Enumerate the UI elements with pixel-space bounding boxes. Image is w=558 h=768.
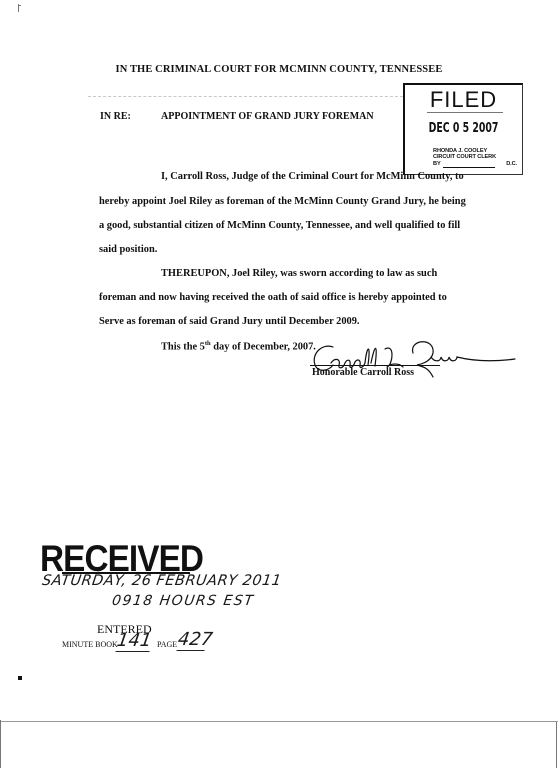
filed-dc-label: D.C. (506, 161, 517, 167)
paragraph-1-line-4: said position. (99, 244, 157, 255)
page-value: 427 (176, 629, 207, 651)
paragraph-1-line-3: a good, substantial citizen of McMinn Co… (99, 220, 460, 231)
in-re-subject: APPOINTMENT OF GRAND JURY FOREMAN (161, 111, 374, 122)
signature-line (310, 365, 440, 366)
court-title: IN THE CRIMINAL COURT FOR MCMINN COUNTY,… (0, 64, 558, 75)
filed-stamp-underline (427, 112, 503, 113)
signature-printed-name: Honorable Carroll Ross (312, 367, 414, 378)
received-handwritten-date: SATURDAY, 26 FEBRUARY 2011 (41, 573, 283, 589)
filed-by-signature-line (443, 167, 495, 168)
page-edge-right (556, 722, 557, 768)
date-line-suffix: day of December, 2007. (211, 341, 316, 352)
paragraph-1-line-2: hereby appoint Joel Riley as foreman of … (99, 196, 466, 207)
paragraph-2-line-1: THEREUPON, Joel Riley, was sworn accordi… (161, 268, 437, 279)
scan-corner-mark (18, 5, 21, 6)
date-line-prefix: This the 5 (161, 341, 205, 352)
filed-stamp-date: DEC 0 5 2007 (417, 121, 511, 136)
filed-by-label: BY (433, 161, 441, 167)
filed-stamp: FILED DEC 0 5 2007 RHONDA J. COOLEY CIRC… (403, 83, 523, 175)
paragraph-2-line-3: Serve as foreman of said Grand Jury unti… (99, 316, 360, 327)
header-divider (88, 96, 408, 97)
paragraph-1-line-1: I, Carroll Ross, Judge of the Criminal C… (161, 171, 464, 182)
page-edge-rule (0, 721, 558, 722)
minute-book-value: 141 (115, 630, 152, 652)
received-handwritten-time: 0918 HOURS EST (111, 593, 255, 609)
page-label: PAGE (157, 640, 177, 649)
date-line: This the 5th day of December, 2007. (161, 340, 316, 352)
filed-by-row: BY D.C. (433, 161, 517, 167)
page-edge-left (0, 720, 1, 768)
filed-stamp-clerk: RHONDA J. COOLEY CIRCUIT COURT CLERK BY … (433, 148, 517, 167)
minute-book-label: MINUTE BOOK (62, 640, 118, 649)
paragraph-2-line-2: foreman and now having received the oath… (99, 292, 447, 303)
scan-mark (18, 676, 22, 680)
in-re-label: IN RE: (100, 111, 131, 122)
filed-stamp-title: FILED (405, 87, 522, 113)
